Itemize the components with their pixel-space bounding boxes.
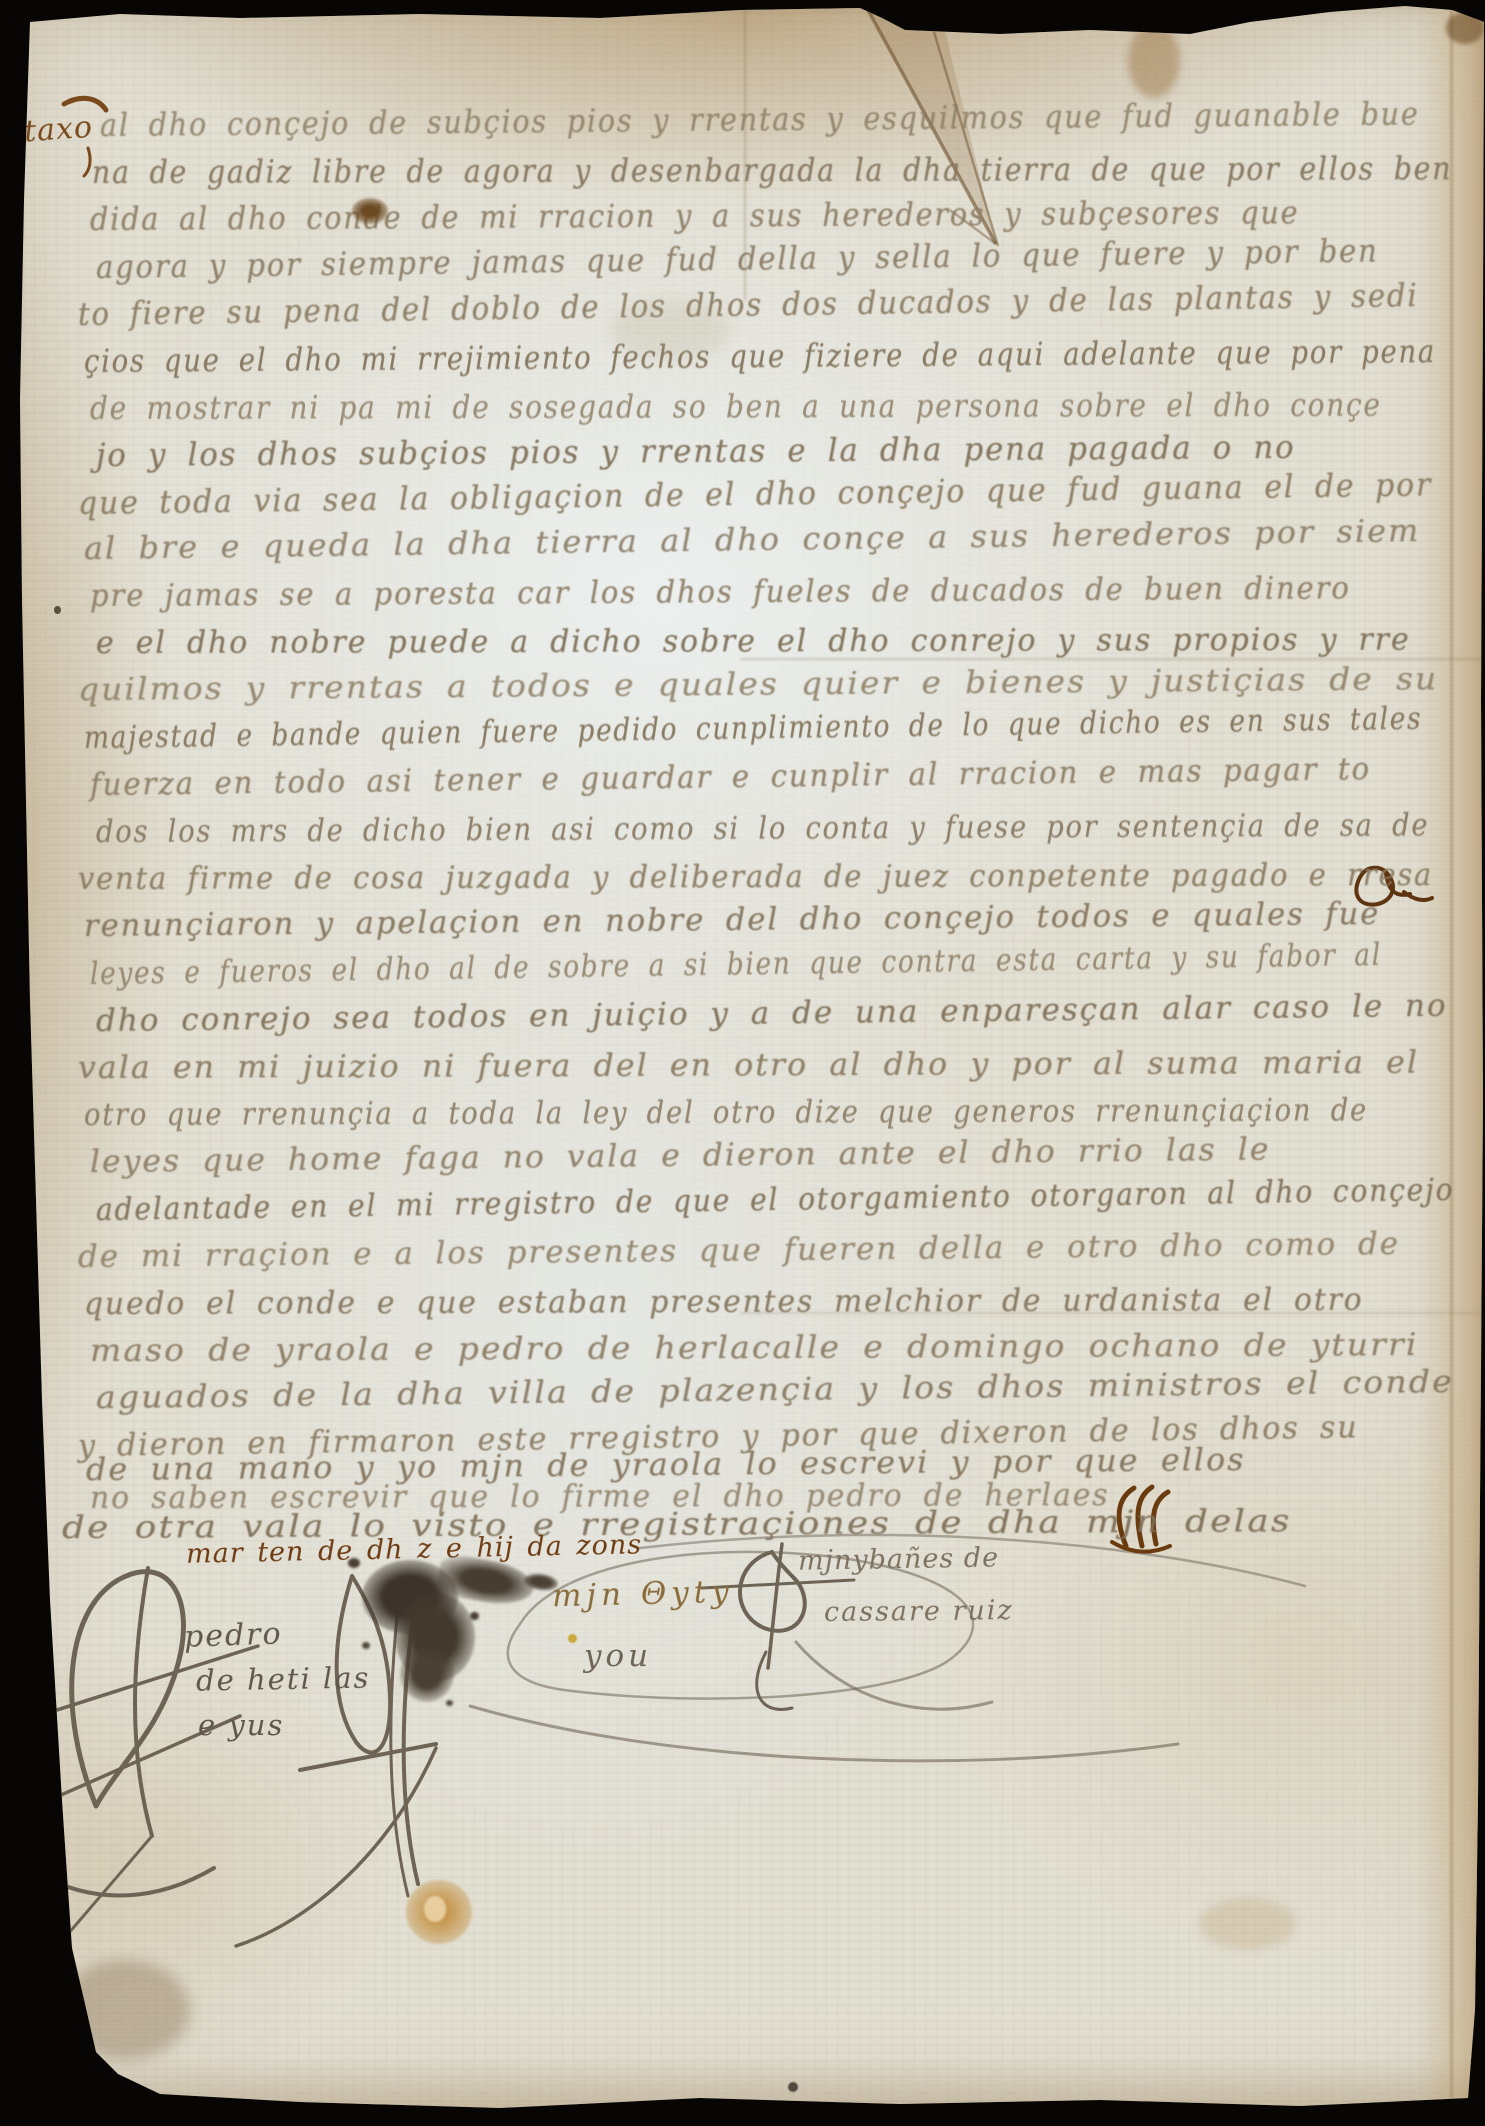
mid-smudge [610,300,730,360]
manuscript-text-line: dida al dho conde de mi rracion y a sus … [90,193,1300,238]
top-right-streak-stain [1128,24,1180,98]
manuscript-text-line: de mostrar ni pa mi de sosegada so ben a… [90,386,1382,427]
manuscript-text-line: venta firme de cosa juzgada y deliberada… [78,857,1433,897]
manuscript-text-line: vala en mi juizio ni fuera del en otro a… [78,1045,1419,1086]
bottom-left-curl-shadow [60,1960,190,2060]
signature-center-line1: mjn Θyty [552,1574,735,1615]
signature-left-line2: de heti las [196,1660,371,1697]
manuscript-page: al dho conçejo de subçios pios y rrentas… [0,0,1485,2126]
faint-bottom-stain [1200,1898,1296,1950]
margin-word: taxo [23,110,94,150]
signature-center-line2: you [584,1638,652,1674]
small-speck [788,2082,798,2092]
manuscript-text-line: quedo el conde e que estaban presentes m… [84,1282,1364,1322]
manuscript-text-line: pre jamas se a poresta car los dhos fuel… [90,570,1351,614]
manuscript-text-line: otro que rrenunçia a toda la ley del otr… [84,1092,1368,1133]
manuscript-text-line: na de gadiz libre de agora y desenbargad… [92,149,1452,191]
scanned-manuscript-screenshot: { "page": { "background_color": "#070605… [0,0,1485,2126]
manuscript-text-line: maso de yraola e pedro de herlacalle e d… [90,1327,1419,1369]
top-right-corner-stain [1446,12,1484,44]
signature-right-line2: cassare ruiz [824,1595,1014,1628]
signature-right-line1: mjnybañes de [798,1542,1000,1577]
signature-left-line3: e yus [198,1708,284,1742]
small-speck [54,606,61,614]
signature-left-line1: pedro [183,1616,283,1654]
manuscript-text-line: e el dho nobre puede a dicho sobre el dh… [96,622,1411,661]
ink-spot-stain [352,198,388,224]
wax-stain-flecks [424,1896,446,1922]
small-yellow-dot [568,1634,577,1643]
manuscript-text-line: dos los mrs de dicho bien asi como si lo… [96,807,1429,850]
